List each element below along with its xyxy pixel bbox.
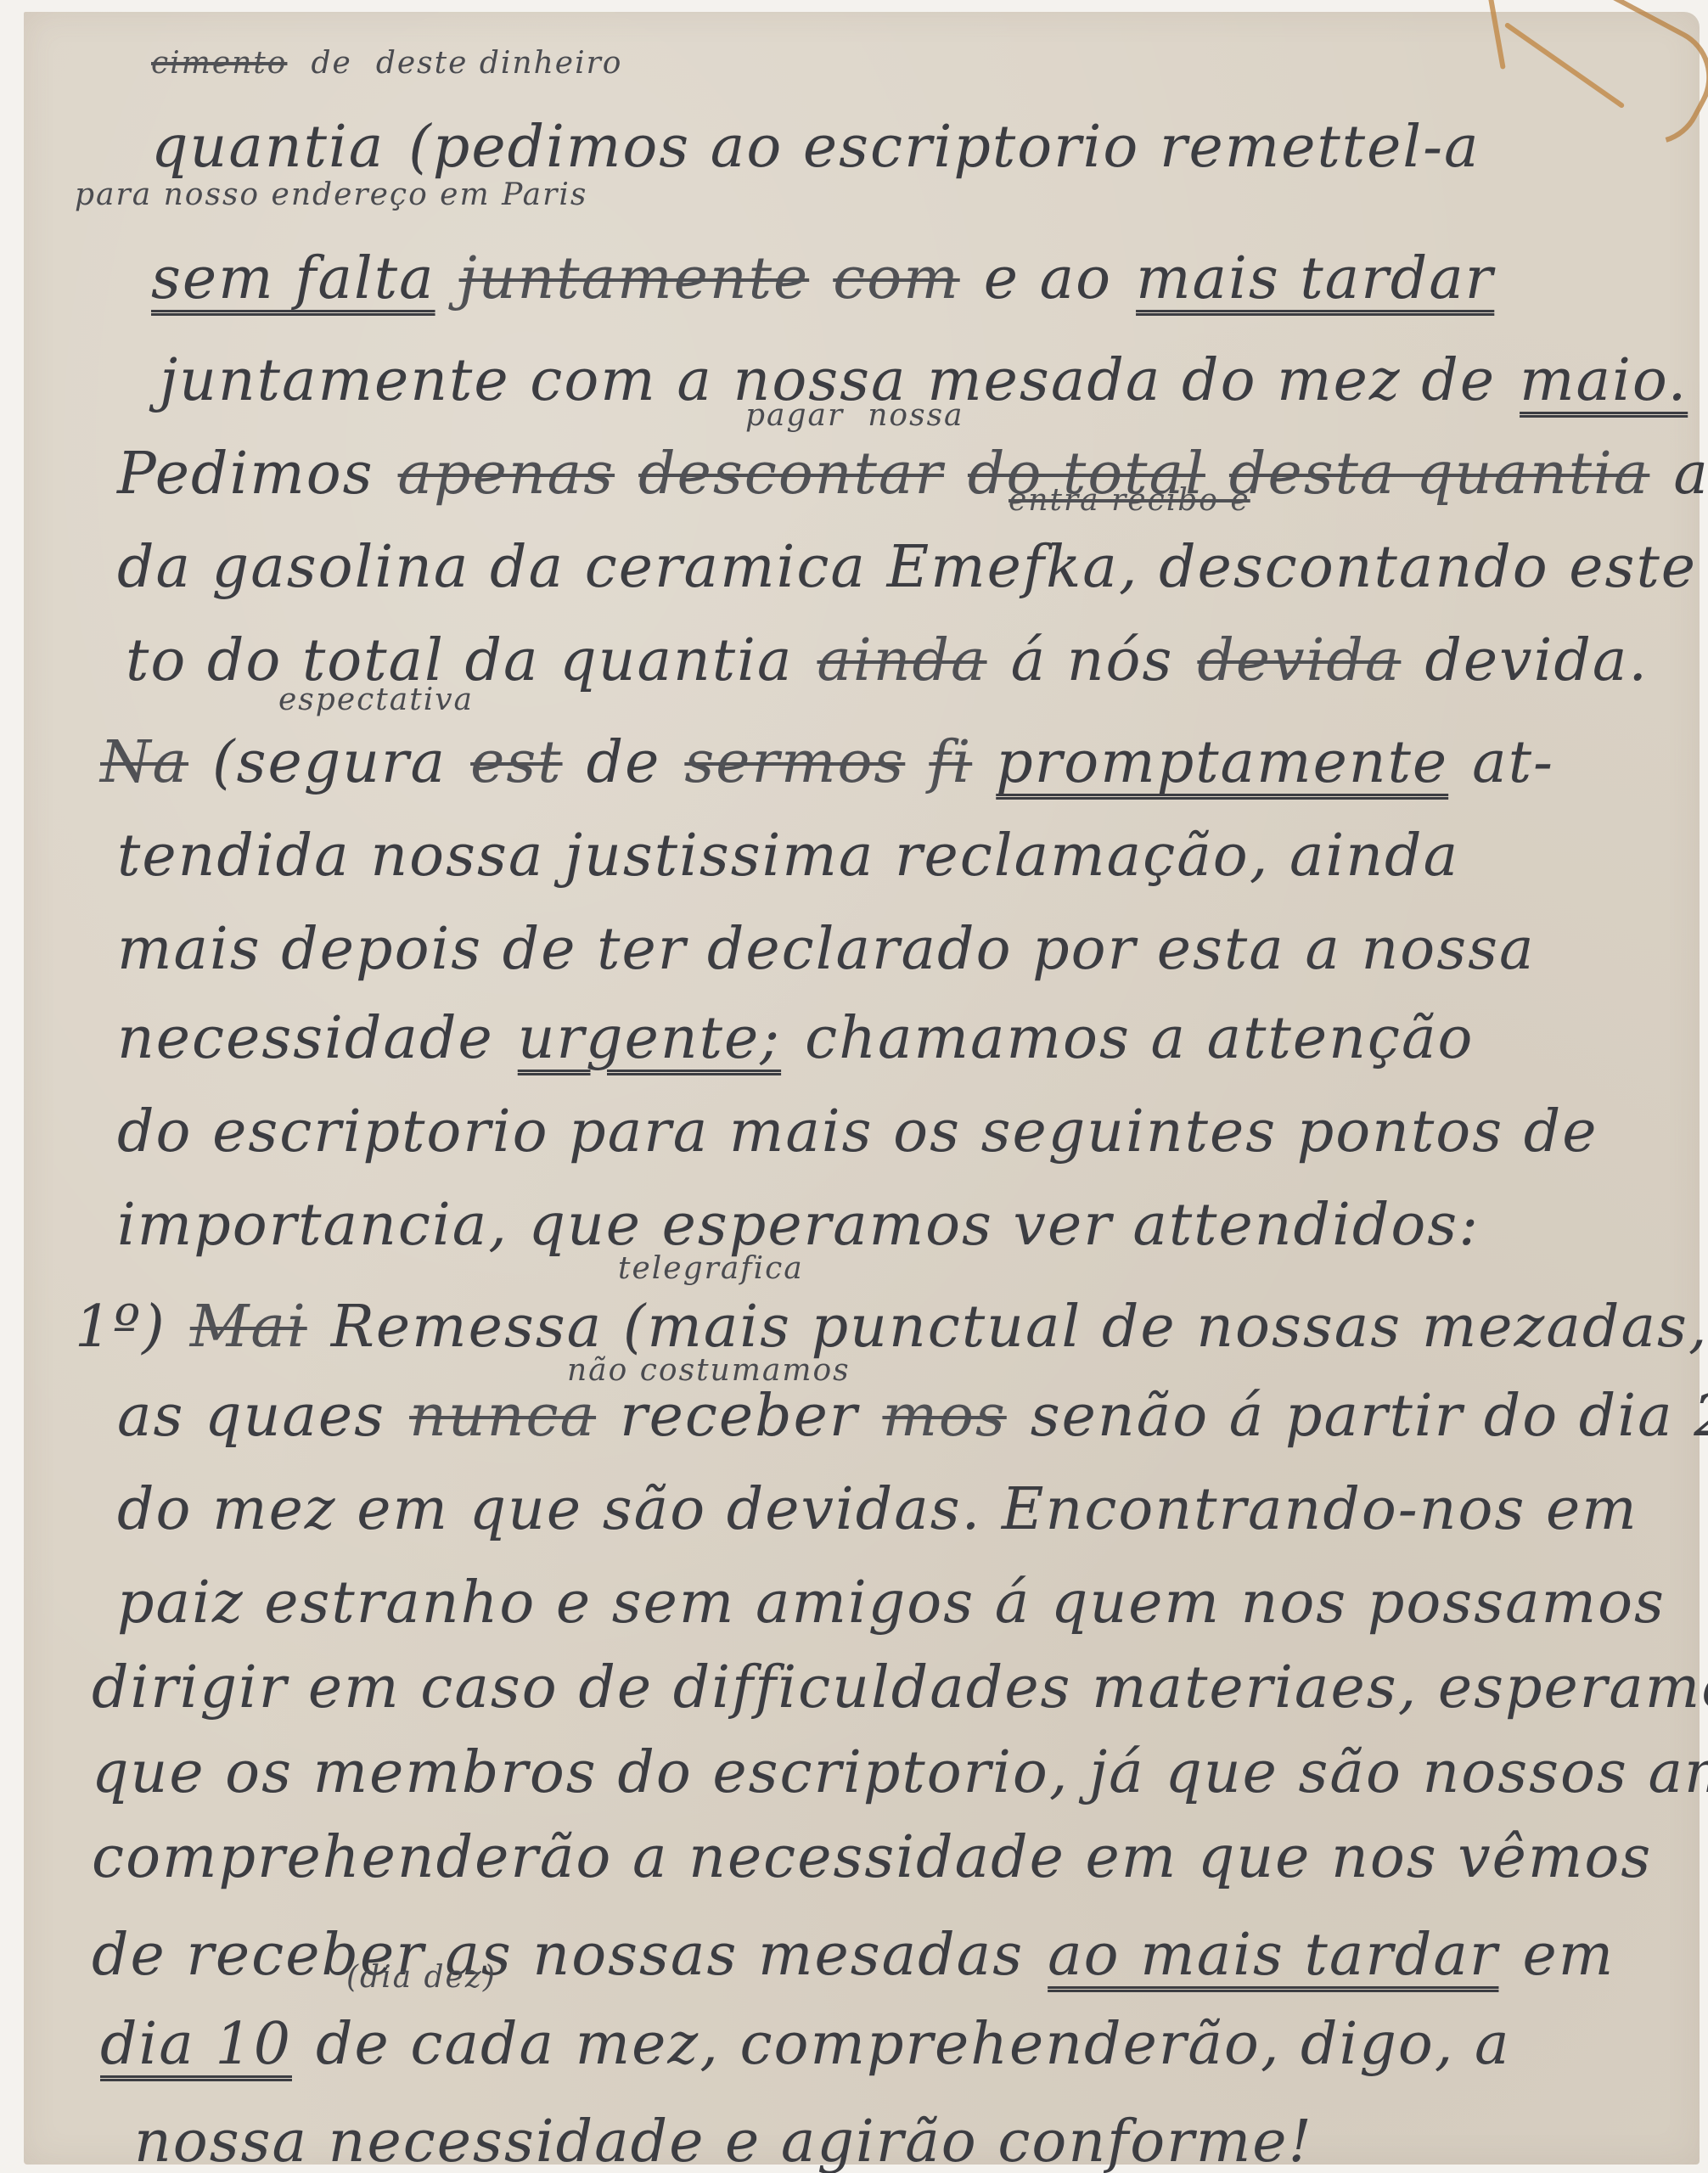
word-group: nossa necessidade e agirão conforme! xyxy=(134,2108,1313,2173)
word-group: comprehenderão a necessidade em que nos … xyxy=(92,1824,1652,1891)
annotation-line: entra recibo e xyxy=(1009,483,1274,518)
word-group: as quaes xyxy=(117,1383,385,1450)
word-group: senão á partir do dia 20 xyxy=(1031,1383,1708,1450)
text-line: comprehenderão a necessidade em que nos … xyxy=(92,1824,1676,1891)
text-line: dia 10de cada mez, comprehenderão, digo,… xyxy=(100,2011,1535,2078)
text-line: importancia, que esperamos ver attendido… xyxy=(117,1192,1503,1259)
struck-word: devida xyxy=(1197,627,1401,694)
word-group: Pedimos xyxy=(117,441,374,508)
struck-word: entra recibo e xyxy=(1009,483,1250,518)
struck-word: com xyxy=(833,245,960,312)
text-line: tendida nossa justissima reclamação, ain… xyxy=(117,823,1483,890)
text-line: as quaesnuncarecebermossenão á partir do… xyxy=(117,1383,1708,1450)
text-line: paiz estranho e sem amigos á quem nos po… xyxy=(117,1569,1689,1637)
struck-word: ainda xyxy=(817,627,986,694)
word-group: do escriptorio para mais os seguintes po… xyxy=(117,1098,1598,1165)
annotation-line: telegrafica xyxy=(618,1251,828,1286)
struck-word: nunca xyxy=(409,1383,596,1450)
word-group: que os membros do escriptorio, já que sã… xyxy=(92,1739,1708,1806)
word-group: maio. xyxy=(1520,347,1688,414)
struck-word: fi xyxy=(929,729,972,796)
word-group: (segura xyxy=(212,729,447,796)
word-group: de xyxy=(311,46,351,81)
word-group: á nós xyxy=(1011,627,1174,694)
word-group: (pedimos ao escriptorio remettel-a xyxy=(408,114,1480,181)
word-group: tendida nossa justissima reclamação, ain… xyxy=(117,823,1459,890)
annotation-line: pagarnossa xyxy=(745,398,988,433)
struck-word: descontar xyxy=(638,441,944,508)
text-line: mais depois de ter declarado por esta a … xyxy=(117,916,1559,983)
struck-word: juntamente xyxy=(459,245,810,312)
word-group: para nosso endereço em Paris xyxy=(75,177,587,212)
word-group: Remessa (mais punctual de nossas mezadas… xyxy=(331,1294,1708,1361)
text-line: nossa necessidade e agirão conforme! xyxy=(134,2108,1337,2173)
word-group: em xyxy=(1522,1922,1615,1989)
word-group: quantia xyxy=(151,114,385,181)
word-group: necessidade xyxy=(117,1005,494,1072)
word-group: importancia, que esperamos ver attendido… xyxy=(117,1192,1480,1259)
word-group: paiz estranho e sem amigos á quem nos po… xyxy=(117,1569,1666,1637)
word-group: de receber as nossas mesadas xyxy=(92,1922,1024,1989)
struck-word: mos xyxy=(882,1383,1006,1450)
word-group: e ao xyxy=(984,245,1112,312)
annotation-line: para nosso endereço em Paris xyxy=(75,177,611,212)
text-line: da gasolina da ceramica Emefka, desconta… xyxy=(117,534,1708,601)
text-line: que os membros do escriptorio, já que sã… xyxy=(92,1739,1708,1806)
annotation-line: espectativa xyxy=(278,682,497,717)
struck-word: Mai xyxy=(190,1294,307,1361)
word-group: da gasolina da ceramica Emefka, desconta… xyxy=(117,534,1708,601)
word-group: telegrafica xyxy=(618,1251,804,1286)
annotation-line: cimentodedeste dinheiro xyxy=(151,46,646,81)
text-line: quantia(pedimos ao escriptorio remettel-… xyxy=(151,114,1504,181)
word-group: chamamos a attenção xyxy=(805,1005,1474,1072)
annotation-line: (dia dez) xyxy=(346,1960,520,1995)
text-line: 1º)MaiRemessa (mais punctual de nossas m… xyxy=(75,1294,1708,1361)
text-line: Pedimosapenasdescontardo totaldesta quan… xyxy=(117,441,1708,508)
word-group: dirigir em caso de difficuldades materia… xyxy=(92,1654,1708,1721)
word-group: (dia dez) xyxy=(346,1960,497,1995)
struck-word: desta quantia xyxy=(1229,441,1649,508)
struck-word: apenas xyxy=(398,441,615,508)
word-group: a conta xyxy=(1673,441,1708,508)
text-line: necessidadeurgente;chamamos a attenção xyxy=(117,1005,1497,1072)
word-group: promptamente xyxy=(996,729,1448,796)
text-line: Na(seguraestdesermosfipromptamenteat- xyxy=(100,729,1578,796)
word-group: nossa xyxy=(868,398,964,433)
word-group: urgente; xyxy=(518,1005,781,1072)
word-group: deste dinheiro xyxy=(376,46,623,81)
word-group: mais tardar xyxy=(1136,245,1494,312)
word-group: devida. xyxy=(1424,627,1649,694)
text-line: sem faltajuntamentecome aomais tardar xyxy=(151,245,1518,312)
struck-word: est xyxy=(470,729,562,796)
word-group: ao mais tardar xyxy=(1048,1922,1498,1989)
struck-word: Na xyxy=(100,729,188,796)
struck-word: sermos xyxy=(684,729,905,796)
word-group: 1º) xyxy=(75,1294,166,1361)
word-group: de xyxy=(587,729,661,796)
word-group: de cada mez, comprehenderão, digo, a xyxy=(316,2011,1511,2078)
word-group: do mez em que são devidas. Encontrando-n… xyxy=(117,1476,1638,1543)
word-group: sem falta xyxy=(151,245,435,312)
word-group: espectativa xyxy=(278,682,474,717)
word-group: dia 10 xyxy=(100,2011,292,2078)
paper-sheet: cimentodedeste dinheiroquantia(pedimos a… xyxy=(24,12,1700,2165)
word-group: pagar xyxy=(745,398,844,433)
text-line: de receber as nossas mesadasao mais tard… xyxy=(92,1922,1638,1989)
text-line: dirigir em caso de difficuldades materia… xyxy=(92,1654,1708,1721)
text-line: do mez em que são devidas. Encontrando-n… xyxy=(117,1476,1662,1543)
word-group: receber xyxy=(620,1383,858,1450)
text-line: do escriptorio para mais os seguintes po… xyxy=(117,1098,1622,1165)
word-group: mais depois de ter declarado por esta a … xyxy=(117,916,1536,983)
word-group: at- xyxy=(1472,729,1554,796)
struck-word: cimento xyxy=(151,46,287,81)
